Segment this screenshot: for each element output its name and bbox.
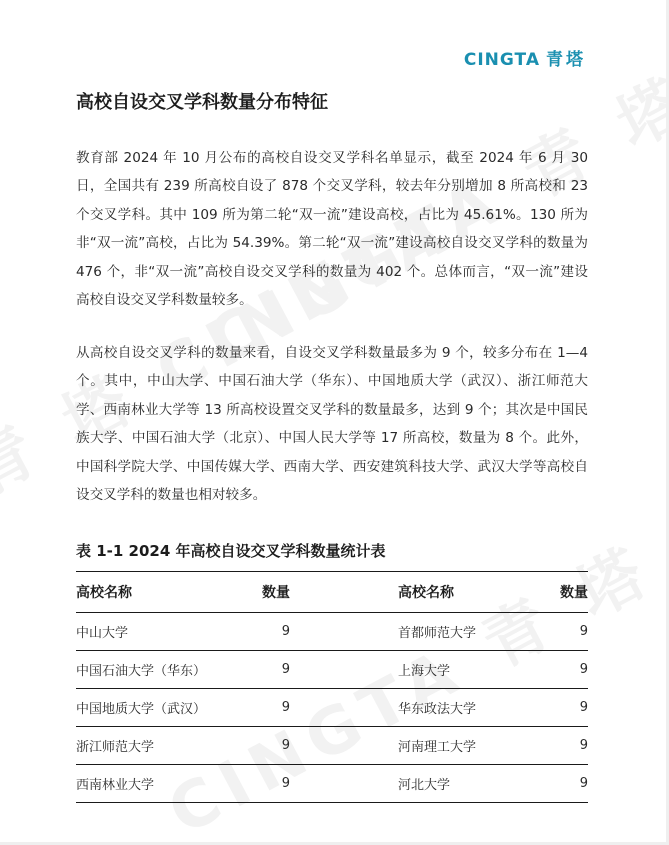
- column-spacer: [290, 613, 398, 651]
- document-page: 青 塔 CINGTA CINGTA 青 塔 CINGTA 青 塔 CINGTA青…: [0, 0, 666, 842]
- university-name: 华东政法大学: [398, 689, 528, 727]
- university-name: 上海大学: [398, 651, 528, 689]
- count-value: 9: [226, 689, 290, 727]
- column-header-name: 高校名称: [398, 572, 528, 613]
- count-value: 9: [528, 651, 588, 689]
- university-name: 河北大学: [398, 765, 528, 803]
- table-caption: 表 1-1 2024 年高校自设交叉学科数量统计表: [76, 540, 386, 561]
- table-row: 浙江师范大学 9 河南理工大学 9: [76, 727, 588, 765]
- university-name: 中国地质大学（武汉）: [76, 689, 226, 727]
- count-value: 9: [226, 651, 290, 689]
- paragraph: 从高校自设交叉学科的数量来看，自设交叉学科数量最多为 9 个，较多分布在 1—4…: [76, 339, 588, 509]
- table-row: 中国石油大学（华东） 9 上海大学 9: [76, 651, 588, 689]
- column-spacer: [290, 572, 398, 613]
- column-header-count: 数量: [226, 572, 290, 613]
- university-name: 中山大学: [76, 613, 226, 651]
- section-title: 高校自设交叉学科数量分布特征: [76, 88, 328, 114]
- column-spacer: [290, 651, 398, 689]
- logo-text-en: CINGTA: [464, 50, 540, 70]
- university-name: 首都师范大学: [398, 613, 528, 651]
- column-header-count: 数量: [528, 572, 588, 613]
- table-row: 中国地质大学（武汉） 9 华东政法大学 9: [76, 689, 588, 727]
- brand-logo: CINGTA青塔: [464, 45, 586, 70]
- university-name: 西南林业大学: [76, 765, 226, 803]
- column-spacer: [290, 689, 398, 727]
- table-row: 中山大学 9 首都师范大学 9: [76, 613, 588, 651]
- count-value: 9: [528, 765, 588, 803]
- column-header-name: 高校名称: [76, 572, 226, 613]
- university-name: 中国石油大学（华东）: [76, 651, 226, 689]
- logo-text-cn: 青塔: [546, 50, 586, 70]
- university-name: 浙江师范大学: [76, 727, 226, 765]
- count-value: 9: [226, 613, 290, 651]
- university-name: 河南理工大学: [398, 727, 528, 765]
- table-header-row: 高校名称 数量 高校名称 数量: [76, 572, 588, 613]
- count-value: 9: [528, 613, 588, 651]
- paragraph: 教育部 2024 年 10 月公布的高校自设交叉学科名单显示，截至 2024 年…: [76, 144, 588, 314]
- count-value: 9: [226, 765, 290, 803]
- table-row: 西南林业大学 9 河北大学 9: [76, 765, 588, 803]
- column-spacer: [290, 765, 398, 803]
- column-spacer: [290, 727, 398, 765]
- count-value: 9: [226, 727, 290, 765]
- statistics-table: 高校名称 数量 高校名称 数量 中山大学 9 首都师范大学 9 中国石油大学（华…: [76, 571, 588, 803]
- count-value: 9: [528, 689, 588, 727]
- count-value: 9: [528, 727, 588, 765]
